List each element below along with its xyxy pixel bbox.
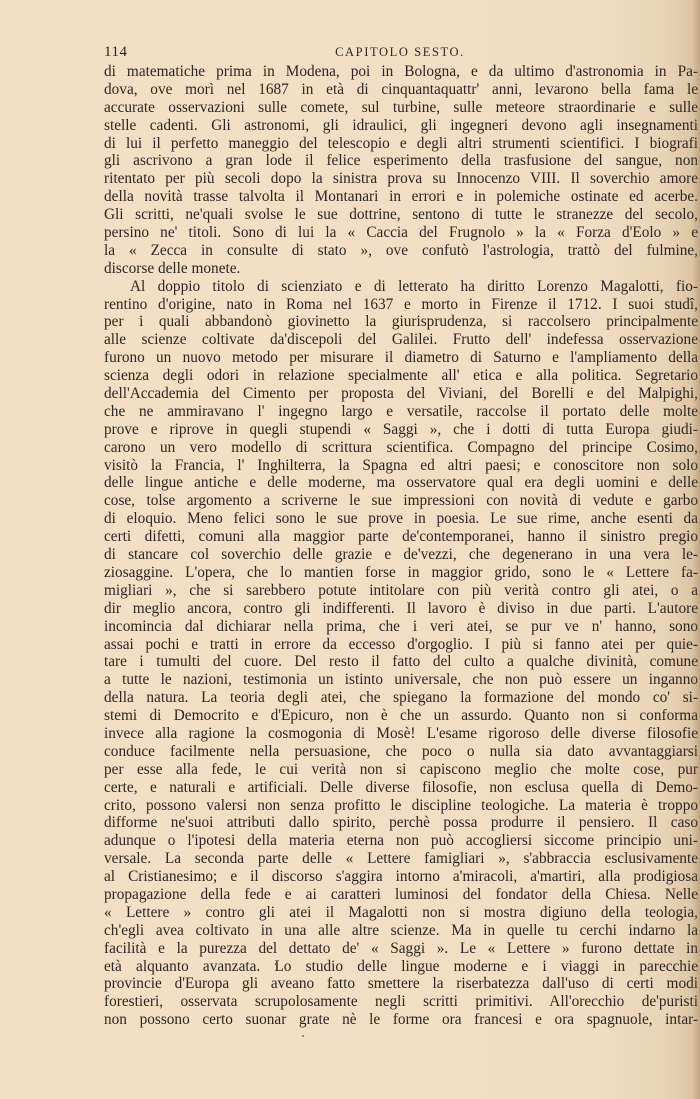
ink-speck [275,963,278,965]
text-line: difforme ne'suoi attributi dallo spirito… [104,814,698,832]
text-line: di eloquio. Meno felici sono le sue prov… [104,510,698,528]
text-line: per esse alla fede, le cui verità non si… [104,761,698,779]
text-line: accurate osservazioni sulle comete, sul … [104,99,698,117]
page-header: 114 CAPITOLO SESTO. [104,44,696,62]
text-line: Al doppio titolo di scienziato e di lett… [104,278,698,296]
text-line: crito, possono valersi non senza profitt… [104,797,698,815]
text-line: di stancare col soverchio delle grazie e… [104,546,698,564]
text-line: della novità trasse talvolta il Montanar… [104,188,698,206]
paragraph: Al doppio titolo di scienziato e di lett… [104,278,698,1029]
text-line: Gli scritti, ne'quali svolse le sue dott… [104,206,698,224]
text-line: alle scienze coltivate da'discepoli del … [104,331,698,349]
text-line: di matematiche prima in Modena, poi in B… [104,63,698,81]
text-line: discorse delle monete. [104,260,698,278]
text-line: la « Zecca in consulte di stato », ove c… [104,242,698,260]
text-line: ch'egli avea coltivato in una alle altre… [104,922,698,940]
body-text: di matematiche prima in Modena, poi in B… [104,63,698,1029]
text-line: dell'Accademia del Cimento per proposta … [104,385,698,403]
text-line: carono un vero modello di scrittura scie… [104,439,698,457]
text-line: incomincia dal dichiarar nella prima, ch… [104,618,698,636]
text-line: rentino d'origine, nato in Roma nel 1637… [104,296,698,314]
text-line: cose, tolse argomento a scriverne le sue… [104,492,698,510]
text-line: dir meglio ancora, contro gli indifferen… [104,600,698,618]
text-line: certe, e naturali e artificiali. Delle d… [104,779,698,797]
text-line: persino ne' titoli. Sono di lui la « Cac… [104,224,698,242]
text-line: delle lingue antiche e delle moderne, ma… [104,474,698,492]
ink-speck [302,1035,304,1037]
text-line: di lui il perfetto maneggio del telescop… [104,135,698,153]
text-line: invece alla ragione la cosmogonia di Mos… [104,725,698,743]
text-line: che ne ammiravano l' ingegno largo e ver… [104,403,698,421]
text-line: età alquanto avanzata. Lo studio delle l… [104,958,698,976]
text-line: propagazione della fede e ai caratteri l… [104,886,698,904]
text-line: ziosaggine. L'opera, che lo mantien fors… [104,564,698,582]
text-line: scienza degli odori in relazione special… [104,367,698,385]
text-line: prove e riprove in quegli stupendi « Sag… [104,421,698,439]
text-line: certi difetti, comuni alla maggior parte… [104,528,698,546]
text-line: al Cristianesimo; e il discorso s'aggira… [104,868,698,886]
text-line: adunque o l'ipotesi della materia eterna… [104,832,698,850]
text-line: forestieri, osservata scrupolosamente ne… [104,993,698,1011]
text-line: conduce facilmente nella persuasione, ch… [104,743,698,761]
text-line: dova, ove morì nel 1687 in età di cinqua… [104,81,698,99]
text-line: non possono certo suonar grate nè le for… [104,1011,698,1029]
text-line: della natura. La teoria degli atei, che … [104,689,698,707]
text-line: gli ascrivono a gran lode il felice espe… [104,152,698,170]
text-line: stelle cadenti. Gli astronomi, gli idrau… [104,117,698,135]
text-line: provincie d'Europa gli aveano fatto smet… [104,975,698,993]
text-line: per i quali abbandonò giovinetto la giur… [104,313,698,331]
text-line: tare i tumulti del cuore. Del resto il f… [104,653,698,671]
text-line: stemi di Democrito e d'Epicuro, non è ch… [104,707,698,725]
text-line: migliari », che si sarebbero potute inti… [104,582,698,600]
paragraph: di matematiche prima in Modena, poi in B… [104,63,698,278]
text-line: visitò la Francia, l' Inghilterra, la Sp… [104,457,698,475]
text-line: assai pochi e tratti in errore da eccess… [104,636,698,654]
text-line: facilità e la purezza del dettato de' « … [104,940,698,958]
text-line: furono un nuovo metodo per misurare il d… [104,349,698,367]
page-gutter-shadow [692,0,700,1099]
text-line: versale. La seconda parte delle « Letter… [104,850,698,868]
running-head: CAPITOLO SESTO. [104,45,696,60]
text-line: a tutte le nazioni, testimonia un istint… [104,671,698,689]
text-line: « Lettere » contro gli atei il Magalotti… [104,904,698,922]
text-line: ritentato per più secoli dopo la sinistr… [104,170,698,188]
